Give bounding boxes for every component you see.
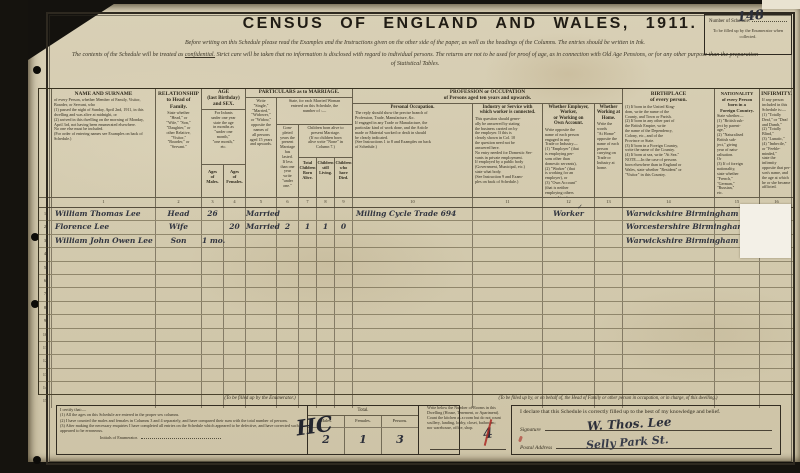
column-number: 11 — [473, 198, 543, 207]
cell-name — [52, 382, 156, 394]
enumerator-box: I certify that:— (1) All the ages on thi… — [56, 405, 460, 455]
cell-died: 0 — [335, 221, 353, 233]
cell-occupation — [353, 275, 473, 287]
row-number: 12 — [39, 355, 52, 367]
cell-born: 1 — [299, 221, 317, 233]
row-number: 10 — [39, 329, 52, 341]
row-number: 5 — [39, 262, 52, 274]
cell-born — [299, 329, 317, 341]
column-number: 14 — [623, 198, 715, 207]
cell-industry — [473, 275, 543, 287]
cell-years — [277, 288, 299, 300]
personal-occupation-header: Personal Occupation. The reply should sh… — [353, 104, 473, 197]
initials-label: Initials of Enumerator. — [100, 436, 138, 441]
marriage-subcolumns: Com- pleted years the present Marriage h… — [277, 125, 352, 197]
cell-born — [299, 208, 317, 220]
cell-birthplace — [623, 315, 715, 327]
cell-name — [52, 315, 156, 327]
column-number: 4 — [224, 198, 246, 207]
col-header-name: NAME AND SURNAME of every Person, whethe… — [52, 89, 156, 197]
cell-birthplace — [623, 355, 715, 367]
cell-marriage — [246, 315, 277, 327]
cell-occupation — [353, 369, 473, 381]
postal-address-handwritten: Selly Park St. — [586, 433, 669, 452]
profession-subcolumns: Personal Occupation. The reply should sh… — [353, 104, 622, 197]
table-row: 3William John Owen LeeSon1 mo.Warwickshi… — [39, 235, 793, 248]
years-married-header: Com- pleted years the present Marriage h… — [277, 125, 299, 197]
cell-industry — [473, 208, 543, 220]
cell-age_f — [224, 355, 246, 367]
cell-age_f — [224, 288, 246, 300]
cell-born — [299, 262, 317, 274]
cell-born — [299, 235, 317, 247]
instruction-line-1: Before writing on this Schedule please r… — [70, 40, 760, 46]
employer-worker-desc: Write opposite the name of each person e… — [543, 127, 594, 197]
cell-years — [277, 342, 299, 354]
table-row: 6 — [39, 275, 793, 288]
cell-age_f — [224, 262, 246, 274]
cell-marriage — [246, 329, 277, 341]
cell-marriage — [246, 342, 277, 354]
cell-at_home — [595, 275, 623, 287]
cell-infirmity — [760, 355, 793, 367]
cell-infirmity — [760, 342, 793, 354]
cell-industry — [473, 262, 543, 274]
cell-age_f — [224, 208, 246, 220]
cell-living — [317, 355, 335, 367]
cell-died — [335, 329, 353, 341]
row-number: 2 — [39, 221, 52, 233]
cell-employer — [543, 302, 595, 314]
cell-died — [335, 262, 353, 274]
cell-industry — [473, 235, 543, 247]
row-number: 1 — [39, 208, 52, 220]
cell-name — [52, 275, 156, 287]
cell-employer — [543, 248, 595, 260]
certify-heading: I certify that:— — [60, 407, 86, 412]
signature-handwritten: W. Thos. Lee — [586, 415, 671, 433]
column-number: 1 — [52, 198, 156, 207]
persons-label: Persons. — [382, 416, 418, 427]
table-row: 14 — [39, 382, 793, 395]
age-title: AGE (last Birthday) and SEX. — [202, 89, 245, 110]
cell-marriage — [246, 248, 277, 260]
colnum-blank — [39, 198, 52, 207]
hole-punch — [33, 66, 41, 74]
cell-died — [335, 355, 353, 367]
cell-industry — [473, 248, 543, 260]
col-group-age: AGE (last Birthday) and SEX. For Infants… — [202, 89, 246, 197]
col-header-birthplace: BIRTHPLACE of every person. (1) If born … — [623, 89, 715, 197]
cell-living — [317, 208, 335, 220]
cell-living — [317, 315, 335, 327]
table-header: NAME AND SURNAME of every Person, whethe… — [39, 89, 793, 197]
table-row: 4 — [39, 248, 793, 261]
cell-age_m: 26 — [202, 208, 224, 220]
age-infant-note: For Infants under one year state the age… — [202, 110, 245, 165]
cell-age_f — [224, 275, 246, 287]
instruction-2-rest: Strict care will be taken that no inform… — [215, 52, 758, 67]
household-section-header: (To be filled up by, or on behalf of, th… — [424, 396, 792, 401]
table-row: 2Florence LeeWife20Married2110Worcesters… — [39, 221, 793, 234]
cell-relationship: Head — [156, 208, 202, 220]
cell-born — [299, 355, 317, 367]
ages-of-males-header: Ages of Males. — [202, 165, 224, 197]
cell-name: William Thomas Lee — [52, 208, 156, 220]
cell-age_m — [202, 262, 224, 274]
cell-years — [277, 369, 299, 381]
cell-age_f — [224, 369, 246, 381]
cell-born — [299, 302, 317, 314]
cell-name — [52, 302, 156, 314]
cell-age_f — [224, 235, 246, 247]
cell-born — [299, 275, 317, 287]
cell-birthplace — [623, 369, 715, 381]
column-number: 13 — [595, 198, 623, 207]
col-header-infirmity: INFIRMITY. If any person included in thi… — [760, 89, 793, 197]
cell-at_home — [595, 342, 623, 354]
cell-marriage — [246, 302, 277, 314]
cell-occupation — [353, 262, 473, 274]
cell-age_f — [224, 382, 246, 394]
cell-living — [317, 235, 335, 247]
cell-age_f — [224, 315, 246, 327]
column-number: 6 — [277, 198, 299, 207]
cell-birthplace — [623, 275, 715, 287]
marriage-single-note: Write "Single," "Married," "Widower," or… — [246, 98, 277, 197]
row-number: 4 — [39, 248, 52, 260]
cell-born — [299, 288, 317, 300]
signature-label: Signature — [520, 427, 541, 433]
cell-at_home — [595, 208, 623, 220]
instruction-line-2: The contents of the Schedule will be tre… — [70, 51, 760, 69]
cell-employer: Worker — [543, 208, 595, 220]
cell-employer — [543, 315, 595, 327]
cell-relationship: Son — [156, 235, 202, 247]
postal-address-label: Postal Address — [520, 445, 552, 451]
cell-occupation — [353, 302, 473, 314]
cell-marriage — [246, 288, 277, 300]
marriage-married-group: State, for each Married Woman entered on… — [277, 98, 352, 197]
ages-of-females-header: Ages of Females. — [224, 165, 245, 197]
children-group: Children born alive to present Marriage.… — [299, 125, 352, 197]
redaction-patch — [740, 204, 791, 258]
cell-birthplace — [623, 262, 715, 274]
cell-age_m — [202, 302, 224, 314]
table-body: 1William Thomas LeeHead26MarriedMilling … — [39, 208, 793, 394]
cell-age_m — [202, 275, 224, 287]
children-note: Children born alive to present Marriage.… — [299, 125, 352, 158]
cell-employer — [543, 275, 595, 287]
cell-industry — [473, 221, 543, 233]
cell-living — [317, 262, 335, 274]
row-number: 15 — [39, 395, 52, 407]
cell-relationship: Wife — [156, 221, 202, 233]
relationship-desc: State whether "Head," or "Wife," "Son," … — [156, 110, 201, 151]
working-at-home-header: Whether Working at Home. Write the words… — [595, 104, 622, 197]
cell-years — [277, 355, 299, 367]
cell-years — [277, 208, 299, 220]
cell-living — [317, 302, 335, 314]
certify-item-3: (3) After making the necessary enquiries… — [60, 424, 304, 434]
cell-relationship — [156, 248, 202, 260]
cell-years: 2 — [277, 221, 299, 233]
cell-nationality — [715, 288, 760, 300]
cell-marriage: Married — [246, 221, 277, 233]
cell-died — [335, 315, 353, 327]
cell-nationality — [715, 329, 760, 341]
cell-industry — [473, 302, 543, 314]
cell-industry — [473, 329, 543, 341]
cell-nationality — [715, 342, 760, 354]
cell-industry — [473, 369, 543, 381]
column-number: 9 — [335, 198, 353, 207]
cell-marriage — [246, 369, 277, 381]
cell-marriage: Married — [246, 208, 277, 220]
cell-name — [52, 288, 156, 300]
cell-employer — [543, 235, 595, 247]
cell-infirmity — [760, 329, 793, 341]
cell-occupation — [353, 221, 473, 233]
cell-name — [52, 342, 156, 354]
cell-died — [335, 288, 353, 300]
children-born-header: Total Children Born Alive. — [299, 158, 317, 197]
cell-years — [277, 329, 299, 341]
cell-living — [317, 382, 335, 394]
table-row: 5 — [39, 262, 793, 275]
cell-industry — [473, 342, 543, 354]
cell-born — [299, 248, 317, 260]
cell-age_f — [224, 248, 246, 260]
cell-infirmity — [760, 315, 793, 327]
cell-marriage — [246, 235, 277, 247]
cell-living — [317, 329, 335, 341]
row-number: 7 — [39, 288, 52, 300]
column-number: 3 — [202, 198, 224, 207]
cell-relationship — [156, 382, 202, 394]
cell-age_m — [202, 248, 224, 260]
cell-infirmity — [760, 302, 793, 314]
females-total: 1 — [345, 428, 382, 454]
cell-occupation — [353, 355, 473, 367]
col-group-marriage: PARTICULARS as to MARRIAGE. Write "Singl… — [246, 89, 353, 197]
cell-age_f: 20 — [224, 221, 246, 233]
cell-occupation — [353, 315, 473, 327]
cell-age_m — [202, 342, 224, 354]
cell-living: 1 — [317, 221, 335, 233]
cell-relationship — [156, 262, 202, 274]
cell-nationality — [715, 369, 760, 381]
cell-industry — [473, 315, 543, 327]
col-header-relationship: RELATIONSHIP to Head of Family. State wh… — [156, 89, 202, 197]
cell-age_m — [202, 382, 224, 394]
cell-occupation — [353, 329, 473, 341]
cell-age_m — [202, 315, 224, 327]
nationality-title: NATIONALITY of every Person born in a Fo… — [715, 91, 759, 113]
cell-living — [317, 342, 335, 354]
cell-employer — [543, 355, 595, 367]
col-header-nationality: NATIONALITY of every Person born in a Fo… — [715, 89, 760, 197]
cell-employer — [543, 342, 595, 354]
cell-died — [335, 382, 353, 394]
cell-birthplace — [623, 248, 715, 260]
rooms-instruction: Write below the Number of Rooms in this … — [427, 406, 509, 431]
signature-row: Signature W. Thos. Lee — [520, 420, 772, 433]
cell-birthplace: Worcestershire Birmingham — [623, 221, 715, 233]
cell-at_home — [595, 235, 623, 247]
cell-occupation — [353, 288, 473, 300]
cell-industry — [473, 288, 543, 300]
schedule-box-note: To be filled up by the Enumerator when c… — [709, 28, 787, 39]
cell-occupation: Milling Cycle Trade 694 — [353, 208, 473, 220]
cell-relationship — [156, 302, 202, 314]
cell-relationship — [156, 275, 202, 287]
cell-at_home — [595, 315, 623, 327]
form-title: CENSUS OF ENGLAND AND WALES, 1911. — [210, 15, 730, 33]
cell-marriage — [246, 382, 277, 394]
cell-birthplace — [623, 342, 715, 354]
cell-age_m — [202, 369, 224, 381]
cell-employer — [543, 262, 595, 274]
row-number: 6 — [39, 275, 52, 287]
column-number: 8 — [317, 198, 335, 207]
table-row: 10 — [39, 329, 793, 342]
column-number: 10 — [353, 198, 473, 207]
cell-living — [317, 288, 335, 300]
cell-years — [277, 382, 299, 394]
cell-living — [317, 275, 335, 287]
cell-age_f — [224, 302, 246, 314]
cell-employer — [543, 221, 595, 233]
cell-name — [52, 369, 156, 381]
cell-died — [335, 208, 353, 220]
cell-name: William John Owen Lee — [52, 235, 156, 247]
marriage-married-note: State, for each Married Woman entered on… — [277, 98, 352, 125]
cell-at_home — [595, 221, 623, 233]
cell-died — [335, 275, 353, 287]
cell-nationality — [715, 315, 760, 327]
table-row: 11 — [39, 342, 793, 355]
column-number: 7 — [299, 198, 317, 207]
cell-infirmity — [760, 288, 793, 300]
cell-died — [335, 369, 353, 381]
cell-marriage — [246, 275, 277, 287]
cell-birthplace — [623, 329, 715, 341]
persons-total: 3 — [382, 428, 418, 454]
cell-nationality — [715, 302, 760, 314]
cell-marriage — [246, 262, 277, 274]
cell-living — [317, 248, 335, 260]
cell-age_m — [202, 329, 224, 341]
cell-name — [52, 355, 156, 367]
cell-employer — [543, 382, 595, 394]
signature-line: W. Thos. Lee — [545, 420, 772, 431]
row-number: 9 — [39, 315, 52, 327]
table-row: 1William Thomas LeeHead26MarriedMilling … — [39, 208, 793, 221]
cell-years — [277, 248, 299, 260]
cell-infirmity — [760, 369, 793, 381]
cell-at_home — [595, 288, 623, 300]
row-number: 3 — [39, 235, 52, 247]
relationship-title: RELATIONSHIP to Head of Family. — [156, 91, 201, 110]
cell-born — [299, 382, 317, 394]
cell-birthplace: Warwickshire Birmingham — [623, 208, 715, 220]
cell-industry — [473, 355, 543, 367]
age-subcolumns: Ages of Males. Ages of Females. — [202, 165, 245, 197]
col-group-profession: PROFESSION or OCCUPATION of Persons aged… — [353, 89, 623, 197]
birthplace-title: BIRTHPLACE of every person. — [623, 91, 714, 104]
children-subcolumns: Total Children Born Alive. Children stil… — [299, 158, 352, 197]
row-number-header — [39, 89, 52, 197]
cell-age_m: 1 mo. — [202, 235, 224, 247]
table-row: 7 — [39, 288, 793, 301]
cell-age_m — [202, 221, 224, 233]
cell-relationship — [156, 315, 202, 327]
nationality-desc: State whether— (1) "British sub- ject by… — [715, 113, 759, 197]
industry-title: Industry or Service with which worker is… — [473, 105, 542, 116]
cell-age_m — [202, 355, 224, 367]
row-number: 13 — [39, 369, 52, 381]
enumerator-initials-signature: HC — [294, 411, 334, 441]
cell-name — [52, 329, 156, 341]
table-row: 12 — [39, 355, 793, 368]
industry-desc: This question should gener- ally be answ… — [473, 116, 542, 186]
declaration-box: I declare that this Schedule is correctl… — [511, 405, 781, 455]
column-number-strip: 12345678910111213141516 — [39, 197, 793, 208]
initials-line — [141, 438, 221, 439]
cell-years — [277, 235, 299, 247]
cell-name — [52, 262, 156, 274]
cell-nationality — [715, 382, 760, 394]
enumerator-certification: I certify that:— (1) All the ages on thi… — [57, 406, 307, 454]
cell-occupation — [353, 382, 473, 394]
cell-name: Florence Lee — [52, 221, 156, 233]
cell-birthplace — [623, 382, 715, 394]
cell-birthplace — [623, 288, 715, 300]
birthplace-desc: (1) If born in the United King- dom, wri… — [623, 104, 714, 178]
row-number: 14 — [39, 382, 52, 394]
cell-nationality — [715, 275, 760, 287]
cell-at_home — [595, 302, 623, 314]
cell-died — [335, 248, 353, 260]
instruction-2-prefix: The contents of the Schedule will be tre… — [72, 52, 185, 58]
cell-at_home — [595, 355, 623, 367]
children-died-header: Children who have Died. — [335, 158, 352, 197]
cell-age_f — [224, 342, 246, 354]
cell-at_home — [595, 382, 623, 394]
column-number: 2 — [156, 198, 202, 207]
cell-years — [277, 302, 299, 314]
cell-nationality — [715, 355, 760, 367]
hole-punch — [33, 456, 41, 464]
table-row: 13 — [39, 369, 793, 382]
cell-died — [335, 235, 353, 247]
cell-living — [317, 369, 335, 381]
cell-occupation — [353, 342, 473, 354]
cell-born — [299, 342, 317, 354]
initials-row: Initials of Enumerator. — [60, 436, 304, 441]
cell-occupation — [353, 248, 473, 260]
cell-at_home — [595, 248, 623, 260]
personal-occupation-desc: The reply should show the precise branch… — [353, 110, 472, 151]
table-row: 8 — [39, 302, 793, 315]
marriage-title: PARTICULARS as to MARRIAGE. — [246, 89, 352, 98]
cell-employer — [543, 288, 595, 300]
cell-infirmity — [760, 382, 793, 394]
cell-at_home — [595, 262, 623, 274]
cell-died — [335, 342, 353, 354]
cell-occupation — [353, 235, 473, 247]
